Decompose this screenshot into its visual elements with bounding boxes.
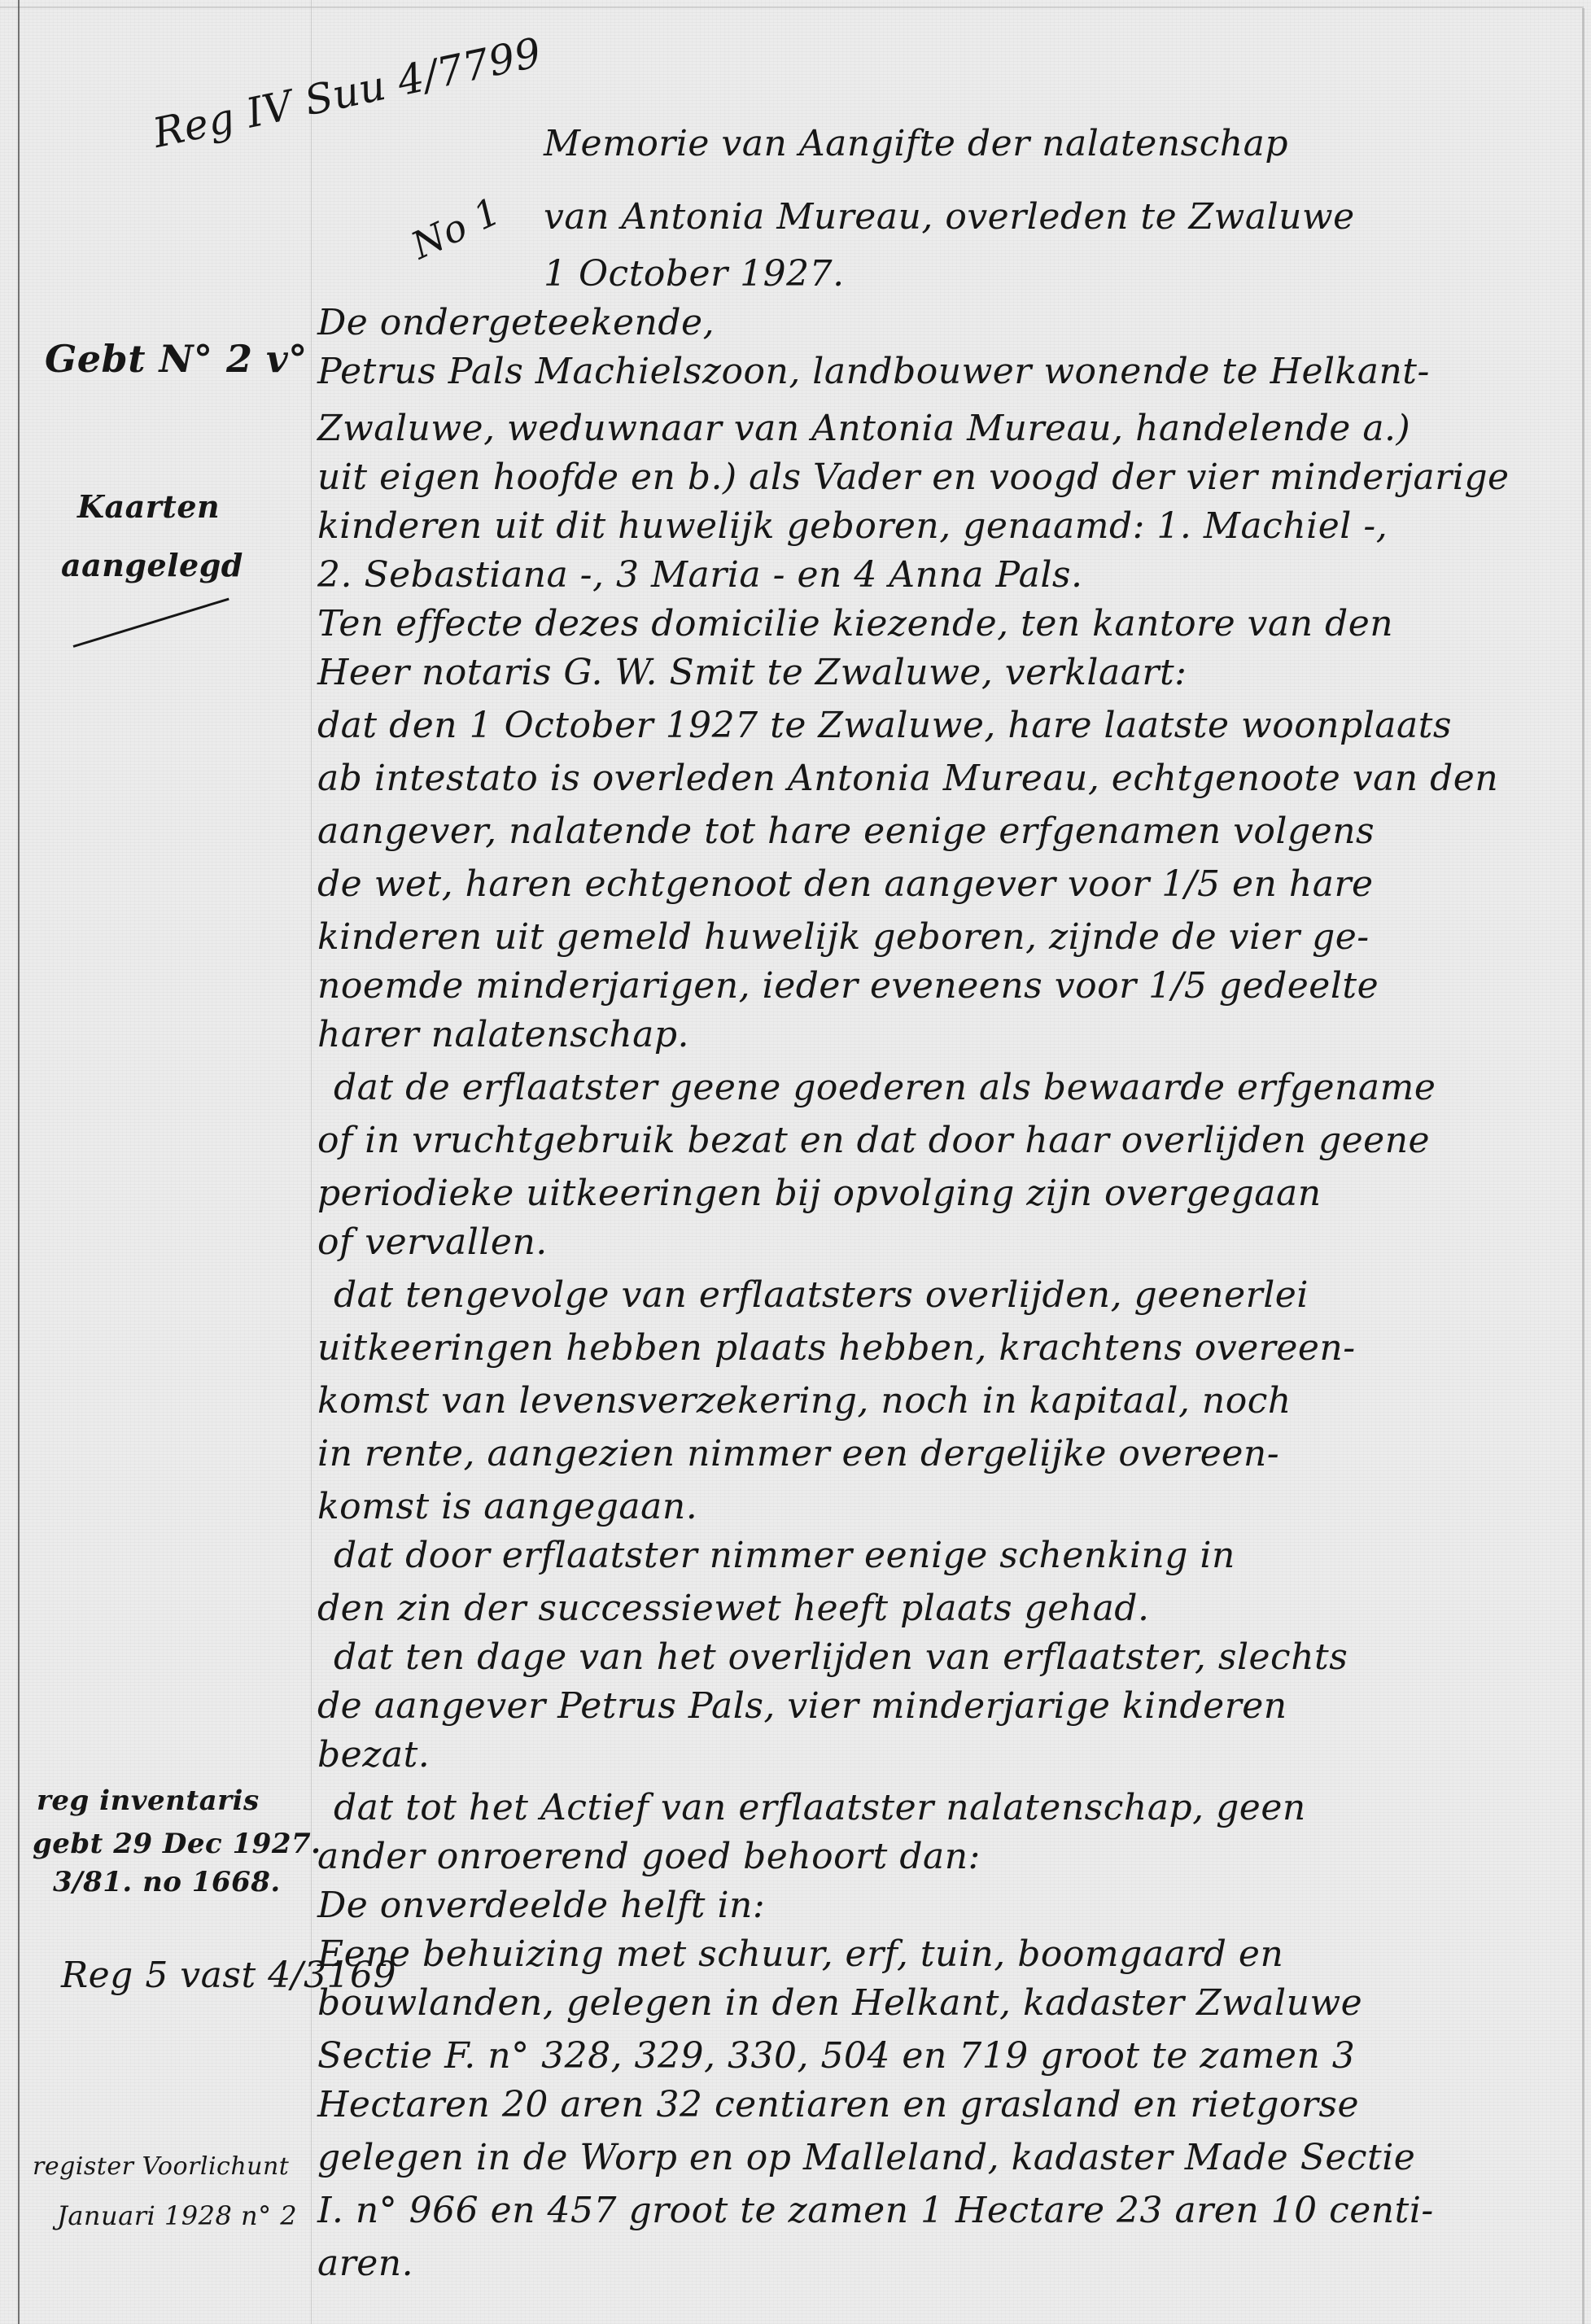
body-line: Sectie F. n° 328, 329, 330, 504 en 719 g… [317, 2034, 1355, 2078]
title-line-3: 1 October 1927. [544, 252, 845, 296]
body-line: ab intestato is overleden Antonia Mureau… [317, 757, 1498, 801]
margin-note-kaarten: Kaarten [77, 488, 220, 526]
margin-note-inventaris-3: 3/81. no 1668. [53, 1863, 281, 1901]
number-mark: No 1 [404, 189, 507, 268]
body-line: dat de erflaatster geene goederen als be… [334, 1066, 1436, 1110]
body-line: Petrus Pals Machielszoon, landbouwer won… [317, 350, 1430, 394]
body-line: De ondergeteekende, [317, 301, 715, 345]
body-line: ander onroerend goed behoort dan: [317, 1835, 981, 1879]
body-line: I. n° 966 en 457 groot te zamen 1 Hectar… [317, 2189, 1434, 2233]
body-line: komst is aangegaan. [317, 1485, 697, 1529]
margin-note-zegel-1: register Voorlichunt [33, 2148, 289, 2186]
body-line: of vervallen. [317, 1221, 548, 1265]
margin-note-inventaris-1: reg inventaris [37, 1782, 260, 1819]
page-edge-right [1582, 8, 1584, 2324]
body-line: dat den 1 October 1927 te Zwaluwe, hare … [317, 704, 1452, 748]
page-edge-top [0, 7, 1584, 8]
margin-underline [73, 598, 229, 648]
body-line: Heer notaris G. W. Smit te Zwaluwe, verk… [317, 651, 1187, 695]
document-page: Reg IV Suu 4/7799 No 1 Memorie van Aangi… [0, 0, 1591, 2324]
body-line: komst van levensverzekering, noch in kap… [317, 1379, 1292, 1423]
body-line: Ten effecte dezes domicilie kiezende, te… [317, 602, 1393, 646]
margin-note-aangelegd: aangelegd [61, 547, 243, 584]
body-line: gelegen in de Worp en op Malleland, kada… [317, 2136, 1415, 2180]
body-line: periodieke uitkeeringen bij opvolging zi… [317, 1172, 1322, 1216]
margin-note-zegel-2: Januari 1928 n° 2 [57, 2197, 297, 2234]
body-line: dat ten dage van het overlijden van erfl… [334, 1636, 1348, 1680]
body-line: bezat. [317, 1733, 430, 1777]
body-line: 2. Sebastiana -, 3 Maria - en 4 Anna Pal… [317, 553, 1082, 597]
body-line: in rente, aangezien nimmer een dergelijk… [317, 1432, 1279, 1476]
body-line: bouwlanden, gelegen in den Helkant, kada… [317, 1981, 1362, 2025]
body-line: harer nalatenschap. [317, 1013, 689, 1057]
title-line-2: van Antonia Mureau, overleden te Zwaluwe [544, 195, 1355, 239]
margin-rule-outer [18, 0, 20, 2324]
body-line: kinderen uit gemeld huwelijk geboren, zi… [317, 915, 1370, 959]
body-line: de aangever Petrus Pals, vier minderjari… [317, 1684, 1287, 1728]
body-line: kinderen uit dit huwelijk geboren, genaa… [317, 505, 1388, 548]
body-line: Eene behuizing met schuur, erf, tuin, bo… [317, 1933, 1283, 1977]
margin-note-gebt: Gebt N° 2 v° [45, 340, 308, 378]
body-line: dat tot het Actief van erflaatster nalat… [334, 1786, 1306, 1830]
body-line: aangever, nalatende tot hare eenige erfg… [317, 810, 1375, 854]
body-line: noemde minderjarigen, ieder eveneens voo… [317, 964, 1379, 1008]
body-line: uit eigen hoofde en b.) als Vader en voo… [317, 456, 1510, 500]
body-line: dat tengevolge van erflaatsters overlijd… [334, 1273, 1309, 1317]
body-line: de wet, haren echtgenoot den aangever vo… [317, 863, 1374, 906]
body-line: dat door erflaatster nimmer eenige schen… [334, 1534, 1235, 1578]
margin-note-inventaris-2: gebt 29 Dec 1927. [33, 1825, 321, 1863]
registration-mark: Reg IV Suu 4/7799 [149, 28, 545, 157]
body-line: Hectaren 20 aren 32 centiaren en graslan… [317, 2083, 1359, 2127]
body-line: aren. [317, 2242, 413, 2286]
body-line: den zin der successiewet heeft plaats ge… [317, 1587, 1149, 1631]
body-line: uitkeeringen hebben plaats hebben, krach… [317, 1326, 1356, 1370]
title-line-1: Memorie van Aangifte der nalatenschap [544, 122, 1288, 166]
body-line: of in vruchtgebruik bezat en dat door ha… [317, 1119, 1430, 1163]
body-line: De onverdeelde helft in: [317, 1884, 765, 1928]
body-line: Zwaluwe, weduwnaar van Antonia Mureau, h… [317, 407, 1410, 451]
